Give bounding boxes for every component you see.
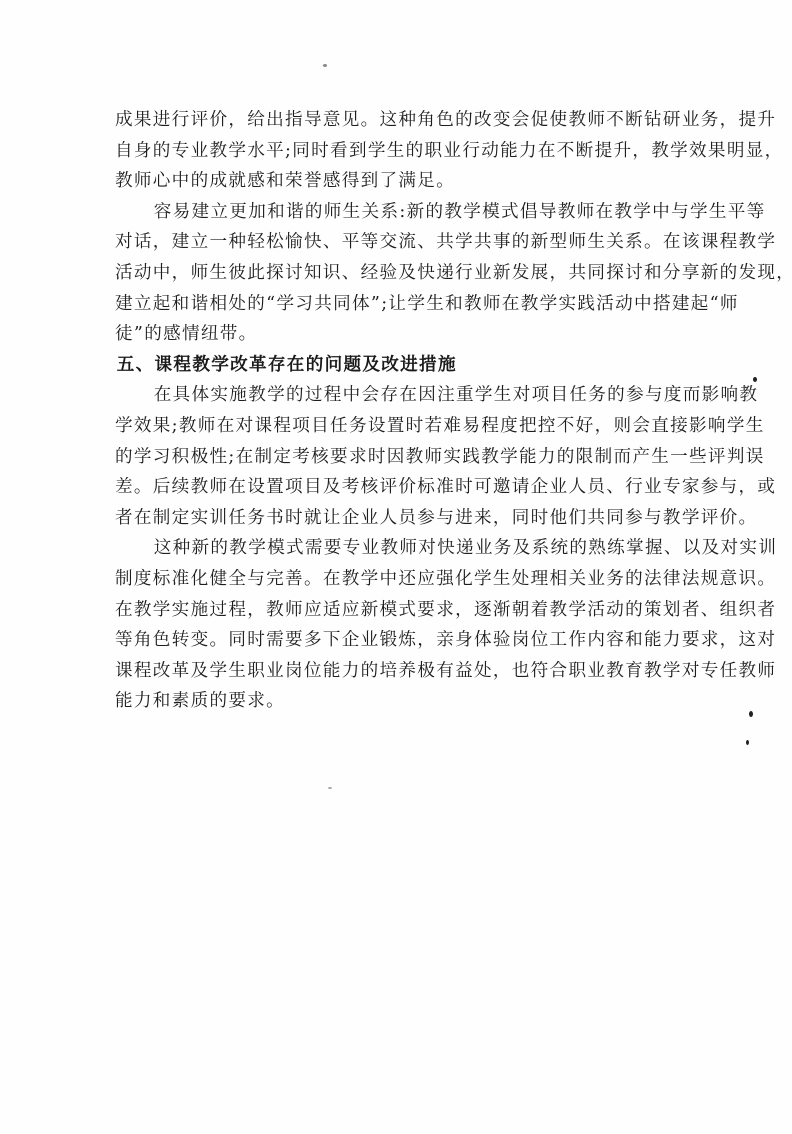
text-line: 成果进行评价，给出指导意见。这种角色的改变会促使教师不断钻研业务，提升 bbox=[115, 105, 671, 136]
text-line: 活动中，师生彼此探讨知识、经验及快递行业新发展，共同探讨和分享新的发现， bbox=[115, 258, 671, 289]
section-heading: 五、课程教学改革存在的问题及改进措施 bbox=[115, 350, 671, 381]
scan-speck bbox=[323, 64, 327, 67]
text-line: 建立起和谐相处的“学习共同体”;让学生和教师在教学实践活动中搭建起“师 bbox=[115, 289, 671, 320]
document-body: 成果进行评价，给出指导意见。这种角色的改变会促使教师不断钻研业务，提升 自身的专… bbox=[115, 105, 671, 717]
heading-text: 五、课程教学改革存在的问题及改进措施 bbox=[115, 350, 671, 381]
text-line: 等角色转变。同时需要多下企业锻炼，亲身体验岗位工作内容和能力要求，这对 bbox=[115, 625, 671, 656]
text-line: 能力和素质的要求。 bbox=[115, 686, 671, 717]
paragraph-improvements: 这种新的教学模式需要专业教师对快递业务及系统的熟练掌握、以及对实训 制度标准化健… bbox=[115, 533, 671, 717]
text-line: 差。后续教师在设置项目及考核评价标准时可邀请企业人员、行业专家参与，或 bbox=[115, 472, 671, 503]
paragraph-continuation: 成果进行评价，给出指导意见。这种角色的改变会促使教师不断钻研业务，提升 自身的专… bbox=[115, 105, 671, 197]
scan-speck bbox=[753, 377, 757, 382]
text-line: 在教学实施过程，教师应适应新模式要求，逐渐朝着教学活动的策划者、组织者 bbox=[115, 595, 671, 626]
text-line: 徒”的感情纽带。 bbox=[115, 319, 671, 350]
text-line: 制度标准化健全与完善。在教学中还应强化学生处理相关业务的法律法规意识。 bbox=[115, 564, 671, 595]
text-line: 课程改革及学生职业岗位能力的培养极有益处，也符合职业教育教学对专任教师 bbox=[115, 656, 671, 687]
paragraph-problems: 在具体实施教学的过程中会存在因注重学生对项目任务的参与度而影响教 学效果;教师在… bbox=[115, 380, 671, 533]
scanned-page: 成果进行评价，给出指导意见。这种角色的改变会促使教师不断钻研业务，提升 自身的专… bbox=[0, 0, 792, 1134]
text-line: 学效果;教师在对课程项目任务设置时若难易程度把控不好，则会直接影响学生 bbox=[115, 411, 671, 442]
text-line: 者在制定实训任务书时就让企业人员参与进来，同时他们共同参与教学评价。 bbox=[115, 503, 671, 534]
text-line: 对话，建立一种轻松愉快、平等交流、共学共事的新型师生关系。在该课程教学 bbox=[115, 227, 671, 258]
paragraph-teacher-student-relationship: 容易建立更加和谐的师生关系:新的教学模式倡导教师在教学中与学生平等 对话，建立一… bbox=[115, 197, 671, 350]
text-line: 在具体实施教学的过程中会存在因注重学生对项目任务的参与度而影响教 bbox=[115, 380, 671, 411]
text-line: 的学习积极性;在制定考核要求时因教师实践教学能力的限制而产生一些评判误 bbox=[115, 442, 671, 473]
scan-speck bbox=[328, 787, 332, 789]
text-line: 自身的专业教学水平;同时看到学生的职业行动能力在不断提升，教学效果明显， bbox=[115, 136, 671, 167]
text-line: 容易建立更加和谐的师生关系:新的教学模式倡导教师在教学中与学生平等 bbox=[115, 197, 671, 228]
text-line: 教师心中的成就感和荣誉感得到了满足。 bbox=[115, 166, 671, 197]
scan-speck bbox=[749, 711, 753, 717]
text-line: 这种新的教学模式需要专业教师对快递业务及系统的熟练掌握、以及对实训 bbox=[115, 533, 671, 564]
scan-speck bbox=[746, 740, 749, 745]
